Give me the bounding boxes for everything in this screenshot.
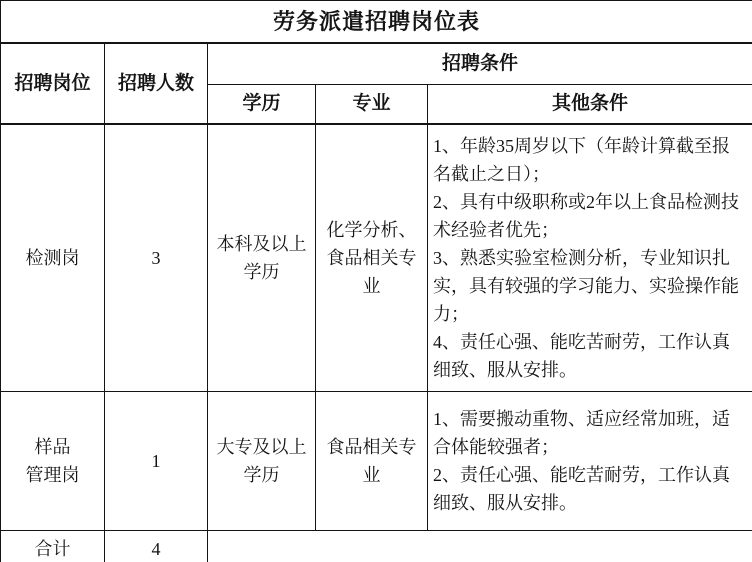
cell-major: 食品相关专 业	[316, 392, 428, 531]
table-row-testing-post: 检测岗 3 本科及以上 学历 化学分析、 食品相关专 业 1、年龄35周岁以下（…	[1, 124, 752, 392]
condition-item: 2、责任心强、能吃苦耐劳，工作认真细致、服从安排。	[433, 461, 744, 517]
cell-major: 化学分析、 食品相关专 业	[316, 124, 428, 392]
cell-other-conditions: 1、年龄35周岁以下（年龄计算截至报名截止之日）； 2、具有中级职称或2年以上食…	[428, 124, 752, 392]
cell-education: 大专及以上 学历	[208, 392, 316, 531]
condition-item: 1、需要搬动重物、适应经常加班，适合体能较强者；	[433, 405, 744, 461]
cell-headcount: 3	[105, 124, 208, 392]
cell-other-conditions: 1、需要搬动重物、适应经常加班，适合体能较强者； 2、责任心强、能吃苦耐劳，工作…	[428, 392, 752, 531]
header-headcount: 招聘人数	[105, 43, 208, 124]
cell-headcount: 1	[105, 392, 208, 531]
cell-position: 样品 管理岗	[1, 392, 105, 531]
cell-education: 本科及以上 学历	[208, 124, 316, 392]
subheader-education: 学历	[208, 85, 316, 125]
header-position: 招聘岗位	[1, 43, 105, 124]
cell-position: 检测岗	[1, 124, 105, 392]
subheader-major: 专业	[316, 85, 428, 125]
header-row-top: 招聘岗位 招聘人数 招聘条件	[1, 43, 752, 85]
total-label-cell: 合计	[1, 531, 105, 562]
table-row-sample-management-post: 样品 管理岗 1 大专及以上 学历 食品相关专 业 1、需要搬动重物、适应经常加…	[1, 392, 752, 531]
condition-item: 1、年龄35周岁以下（年龄计算截至报名截止之日）；	[433, 132, 744, 188]
recruitment-table: 劳务派遣招聘岗位表 招聘岗位 招聘人数 招聘条件 学历 专业 其他条件 检测岗 …	[0, 0, 752, 562]
header-conditions-group: 招聘条件	[208, 43, 752, 85]
table-row-total: 合计 4	[1, 531, 752, 562]
table-title: 劳务派遣招聘岗位表	[1, 1, 752, 44]
condition-item: 4、责任心强、能吃苦耐劳，工作认真细致、服从安排。	[433, 328, 744, 384]
total-value-cell: 4	[105, 531, 208, 562]
title-row: 劳务派遣招聘岗位表	[1, 1, 752, 44]
condition-item: 3、熟悉实验室检测分析，专业知识扎实，具有较强的学习能力、实验操作能力；	[433, 244, 744, 328]
total-empty-cell	[208, 531, 752, 562]
condition-item: 2、具有中级职称或2年以上食品检测技术经验者优先；	[433, 188, 744, 244]
subheader-other: 其他条件	[428, 85, 752, 125]
